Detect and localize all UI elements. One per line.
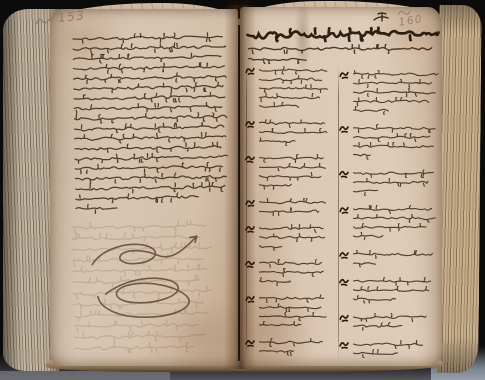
handwriting-line — [352, 106, 390, 115]
handwriting-line — [352, 79, 433, 88]
manuscript-entry — [352, 169, 442, 196]
entry-numeral-marker — [339, 312, 350, 323]
entry-numeral-marker — [339, 339, 349, 349]
handwriting-line — [352, 295, 397, 304]
fore-edge-right — [436, 5, 481, 373]
handwriting-line — [258, 154, 325, 163]
entry-numeral-marker — [339, 249, 349, 259]
handwriting-line — [247, 55, 308, 64]
manuscript-entry — [352, 124, 442, 160]
entry-numeral-marker — [339, 276, 350, 287]
handwriting-line — [246, 26, 440, 43]
handwriting-line — [258, 347, 295, 356]
handwriting-line — [352, 259, 377, 268]
handwriting-line — [258, 102, 301, 111]
handwriting-line — [258, 259, 323, 268]
handwriting-line — [258, 338, 324, 347]
handwriting-line — [74, 192, 200, 204]
handwriting-line — [352, 169, 435, 178]
manuscript-entry — [258, 66, 332, 111]
handwriting-line — [258, 93, 321, 102]
handwriting-line — [258, 207, 320, 216]
handwriting-line — [258, 233, 326, 242]
manuscript-entry — [352, 277, 442, 304]
handwriting-line — [258, 224, 325, 233]
right-page-subheader2 — [247, 55, 437, 64]
entries-column-right — [352, 70, 442, 367]
entry-numeral-marker — [245, 118, 255, 128]
handwriting-line — [258, 268, 325, 277]
handwriting-line — [258, 303, 322, 312]
handwriting-line — [352, 232, 384, 241]
header-superscript-mark — [372, 9, 396, 28]
entry-numeral-marker — [245, 197, 256, 208]
entry-numeral-marker — [245, 293, 256, 304]
handwriting-line — [258, 128, 328, 137]
handwriting-line — [258, 163, 328, 172]
handwriting-line — [352, 70, 439, 79]
handwriting-line — [352, 205, 433, 214]
handwriting-line — [352, 313, 428, 322]
handwriting-line — [352, 322, 404, 331]
handwriting-line — [258, 119, 326, 128]
handwriting-line — [352, 349, 399, 358]
right-page-header — [246, 26, 442, 43]
manuscript-entry — [258, 294, 332, 330]
entry-numeral-marker — [339, 123, 349, 133]
folio-mark-scribble — [33, 13, 54, 27]
entry-numeral-marker — [245, 258, 256, 269]
handwriting-line — [258, 294, 326, 303]
handwriting-line — [74, 204, 118, 215]
manuscript-entry — [352, 313, 442, 331]
manuscript-entry — [258, 338, 332, 356]
entry-numeral-marker — [339, 204, 350, 215]
manuscript-entry — [352, 340, 442, 358]
handwriting-line — [352, 124, 437, 133]
handwriting-line — [258, 312, 328, 321]
handwriting-line — [352, 250, 434, 259]
handwriting-line — [352, 142, 435, 151]
entry-numeral-marker — [339, 69, 350, 80]
manuscript-entry — [258, 259, 332, 286]
handwriting-line — [352, 133, 432, 142]
handwriting-line — [352, 88, 437, 97]
handwriting-line — [258, 137, 296, 146]
entry-numeral-marker — [245, 65, 256, 76]
entry-numeral-marker — [339, 168, 350, 179]
handwriting-line — [352, 187, 379, 196]
manuscript-entry — [258, 224, 332, 251]
handwriting-line — [352, 286, 430, 295]
entry-numeral-marker — [245, 223, 255, 233]
handwriting-line — [352, 223, 428, 232]
handwriting-line — [258, 66, 328, 75]
handwriting-line — [352, 214, 437, 223]
handwriting-line — [258, 277, 292, 286]
handwriting-line — [258, 172, 322, 181]
left-page-text-block — [71, 32, 231, 215]
handwriting-line — [258, 242, 283, 251]
handwriting-line — [352, 340, 424, 349]
handwriting-line — [247, 44, 433, 54]
handwriting-line — [258, 75, 323, 84]
column-rule-left — [246, 63, 247, 363]
handwriting-line — [352, 97, 430, 106]
right-page-subheader — [247, 44, 439, 54]
manuscript-entry — [258, 198, 332, 216]
manuscript-photo: 153 160 — [0, 0, 485, 380]
manuscript-entry — [352, 250, 442, 268]
manuscript-entry — [352, 205, 442, 241]
pen-flourish — [73, 228, 218, 330]
manuscript-entry — [352, 70, 442, 115]
entries-column-left — [258, 66, 332, 364]
handwriting-line — [258, 84, 329, 93]
table-surface-left — [0, 371, 170, 380]
manuscript-entry — [258, 119, 332, 146]
handwriting-line — [258, 181, 294, 190]
handwriting-line — [352, 277, 432, 286]
manuscript-entry — [258, 154, 332, 190]
entry-numeral-marker — [245, 337, 255, 347]
handwriting-line — [352, 151, 372, 160]
handwriting-line — [258, 198, 327, 207]
entry-numeral-marker — [245, 153, 256, 164]
handwriting-line — [352, 178, 429, 187]
handwriting-line — [258, 321, 302, 330]
